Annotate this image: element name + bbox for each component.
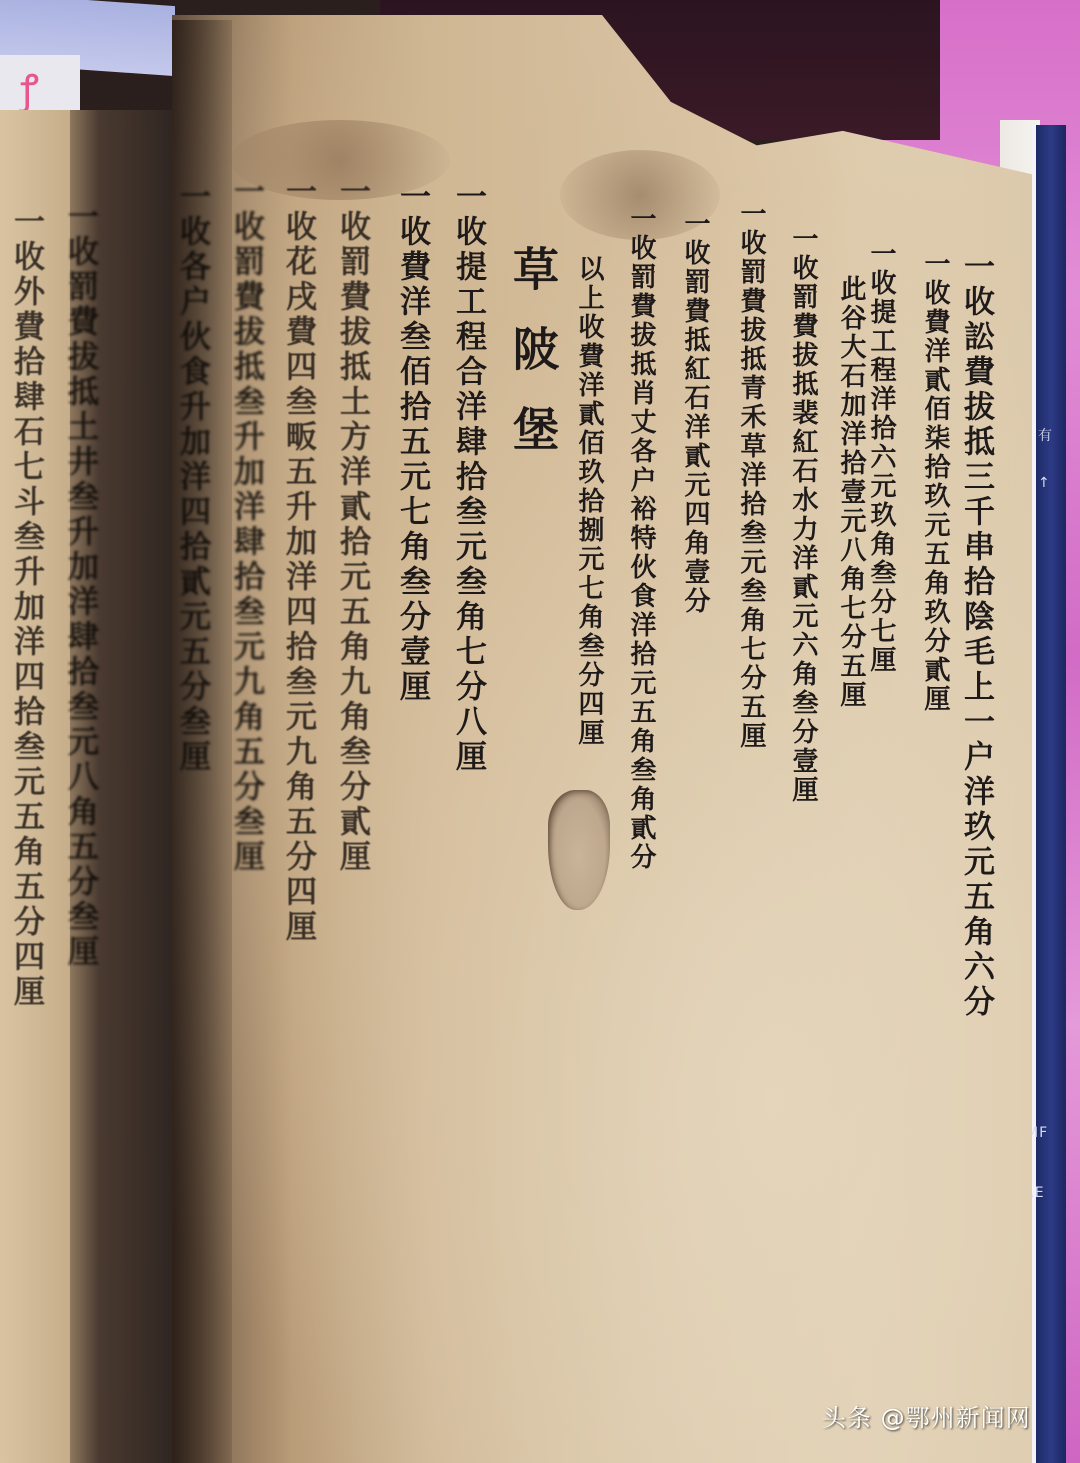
ledger-column: 一收提工程洋拾六元玖角叁分七厘: [868, 240, 894, 675]
ledger-column: 一收費洋叁佰拾五元七角叁分壹厘: [396, 180, 427, 705]
ledger-column: 一收罰費抵紅石洋貳元四角壹分: [682, 210, 708, 616]
ledger-column: 一收費洋貳佰柒拾玖元五角玖分貳厘: [922, 250, 948, 714]
ledger-column: 一收罰費拔抵土井叁升加洋肆拾叁元八角五分叁厘: [64, 200, 95, 970]
ledger-column: 一收罰費拔抵土方洋貳拾元五角九角叁分貳厘: [336, 175, 367, 875]
photo-scene: ꝭ 有 ↑ MF RE 一收訟費拔抵三千串拾陰毛上一户洋玖元五角六分 一收費洋貳…: [0, 0, 1080, 1463]
ledger-column: 一收外費拾肆石七斗叁升加洋四拾叁元五角五分四厘: [10, 205, 41, 1010]
cover-text: ↑: [1038, 475, 1051, 491]
ledger-column: 一收花戌費四叁畈五升加洋四拾叁元九角五分四厘: [282, 175, 313, 945]
section-title: 草陂堡: [510, 245, 556, 485]
ledger-column: 一收提工程合洋肆拾叁元叁角七分八厘: [452, 180, 483, 775]
ledger-column: 此谷大石加洋拾壹元八角七分五厘: [838, 275, 864, 710]
cover-text: 有: [1038, 425, 1053, 445]
ledger-column: 一收訟費拔抵三千串拾陰毛上一户洋玖元五角六分: [960, 250, 991, 1020]
watermark: 头条 @鄂州新闻网: [822, 1398, 1031, 1433]
ledger-column: 一收罰費拔抵裴紅石水力洋貳元六角叁分壹厘: [790, 225, 816, 805]
ledger-column: 一收各户伙食升加洋四拾貳元五分叁厘: [176, 180, 207, 775]
ledger-column: 一收罰費拔抵肖丈各户裕特伙食洋拾元五角叁角貳分: [628, 205, 654, 872]
ledger-column: 一收罰費拔抵青禾草洋拾叁元叁角七分五厘: [738, 200, 764, 751]
blue-book-cover: 有 ↑ MF RE: [1032, 125, 1066, 1463]
ledger-column: 以上收費洋貳佰玖拾捌元七角叁分四厘: [576, 255, 602, 748]
ledger-column: 一收罰費拔抵叁升加洋肆拾叁元九角五分叁厘: [230, 175, 261, 875]
